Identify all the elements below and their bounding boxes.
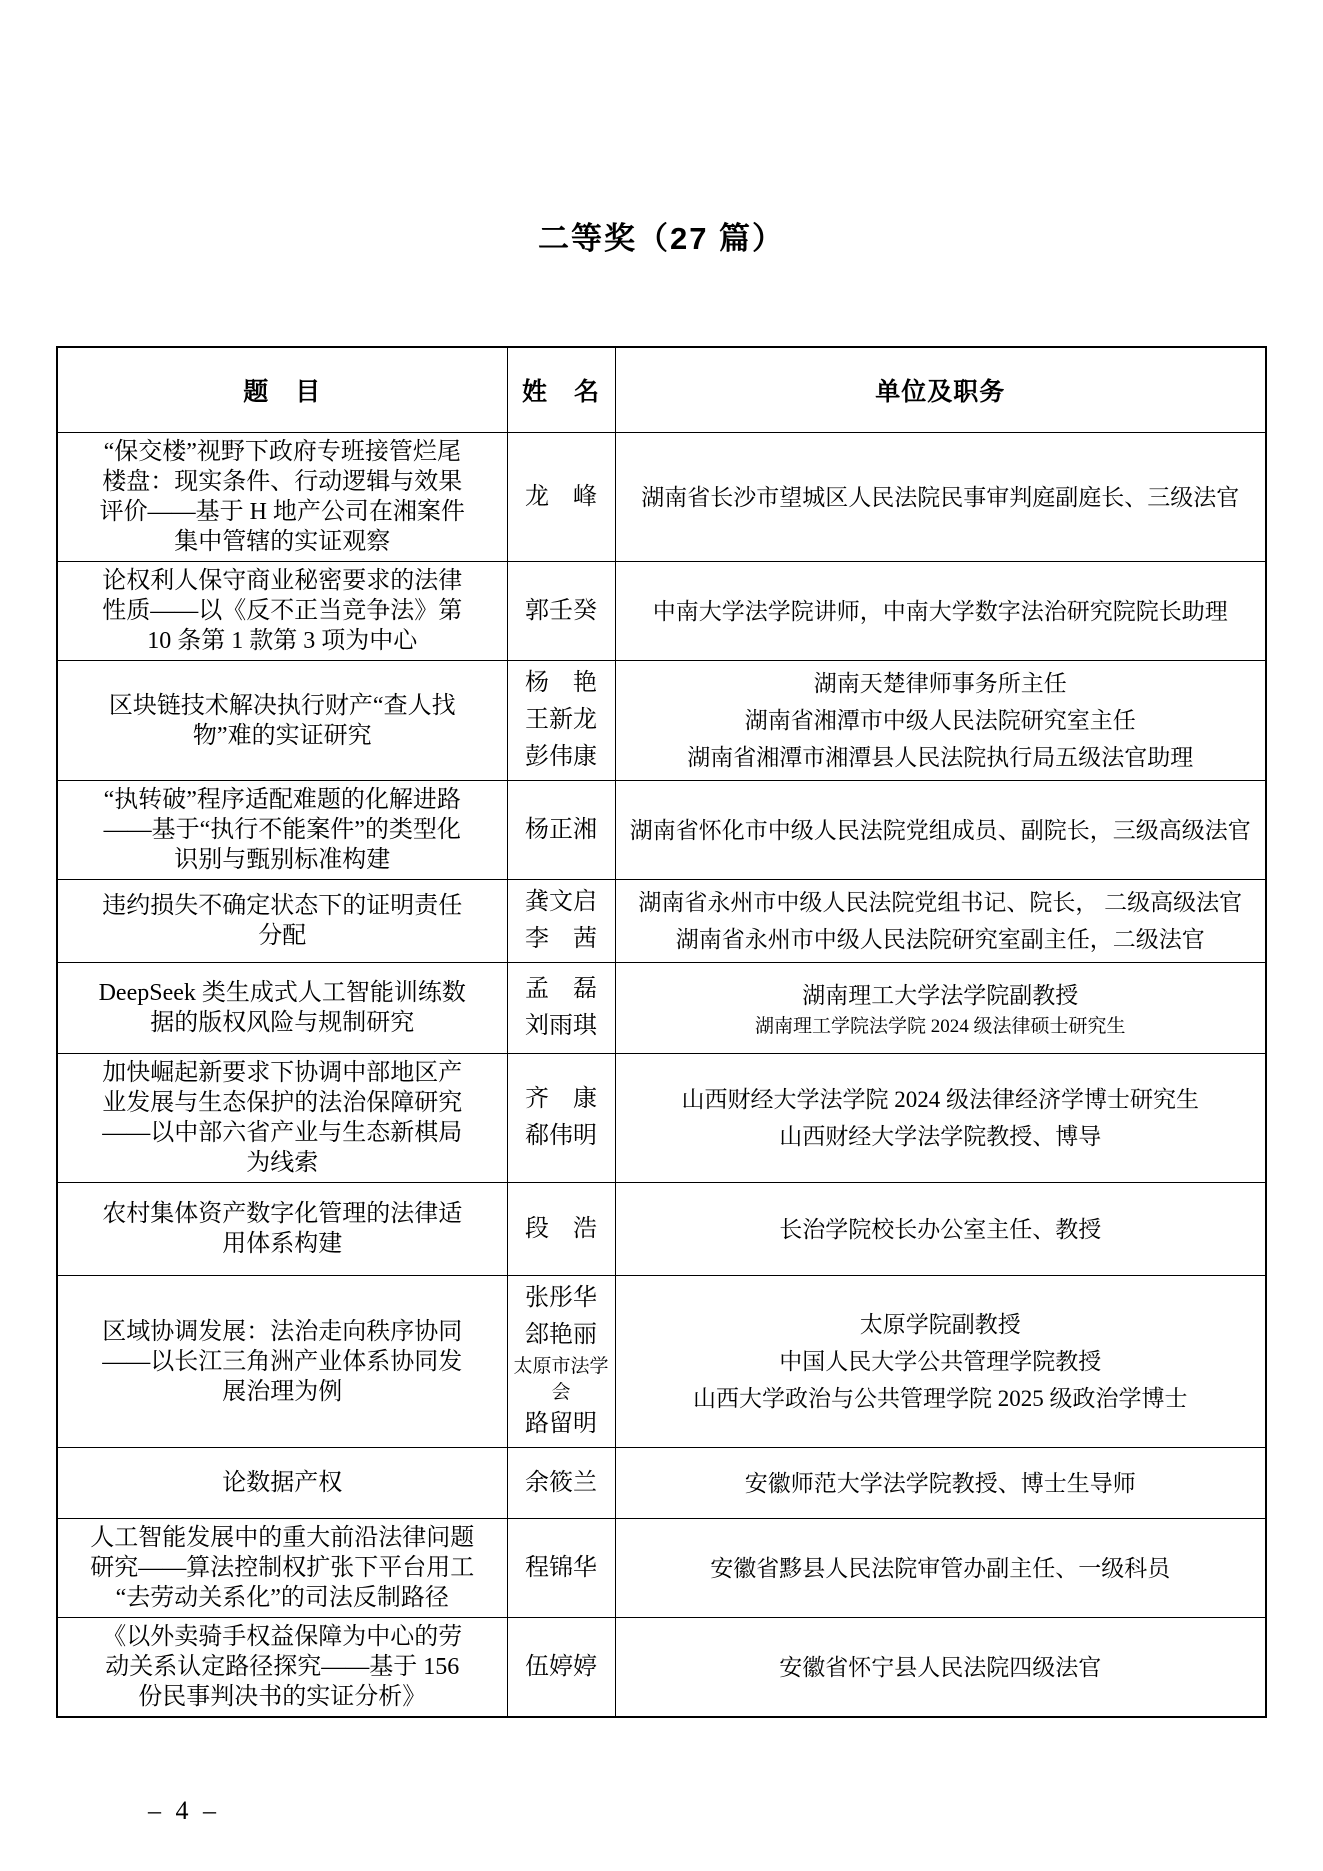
table-header-row: 题 目 姓 名 单位及职务 [57,347,1266,433]
table-row: 人工智能发展中的重大前沿法律问题 研究——算法控制权扩张下平台用工 “去劳动关系… [57,1519,1266,1618]
title-cell: 《以外卖骑手权益保障为中心的劳 动关系认定路径探究——基于 156 份民事判决书… [57,1618,507,1718]
table-row: 加快崛起新要求下协调中部地区产 业发展与生态保护的法治保障研究 ——以中部六省产… [57,1054,1266,1183]
page-title: 二等奖（27 篇） [0,0,1323,258]
table-row: “执转破”程序适配难题的化解进路 ——基于“执行不能案件”的类型化 识别与甄别标… [57,781,1266,880]
name-lines: 张彤华 郐艳丽 [514,1280,609,1354]
title-cell: 论数据产权 [57,1448,507,1519]
table-row: 区域协调发展：法治走向秩序协同 ——以长江三角洲产业体系协同发 展治理为例 张彤… [57,1276,1266,1448]
table-row: 农村集体资产数字化管理的法律适 用体系构建 段 浩 长治学院校长办公室主任、教授 [57,1183,1266,1276]
title-cell: 论权利人保守商业秘密要求的法律 性质——以《反不正当竞争法》第 10 条第 1 … [57,562,507,661]
unit-cell: 湖南省怀化市中级人民法院党组成员、副院长，三级高级法官 [615,781,1266,880]
table-row: 论数据产权 余筱兰 安徽师范大学法学院教授、博士生导师 [57,1448,1266,1519]
name-cell: 郭壬癸 [507,562,615,661]
title-cell: 农村集体资产数字化管理的法律适 用体系构建 [57,1183,507,1276]
unit-cell: 湖南天楚律师事务所主任 湖南省湘潭市中级人民法院研究室主任 湖南省湘潭市湘潭县人… [615,661,1266,781]
header-unit: 单位及职务 [615,347,1266,433]
table-row: DeepSeek 类生成式人工智能训练数 据的版权风险与规制研究 孟 磊 刘雨琪… [57,963,1266,1054]
title-cell: 区域协调发展：法治走向秩序协同 ——以长江三角洲产业体系协同发 展治理为例 [57,1276,507,1448]
unit-line: 湖南理工大学法学院副教授 [622,977,1260,1014]
title-cell: DeepSeek 类生成式人工智能训练数 据的版权风险与规制研究 [57,963,507,1054]
unit-cell: 中南大学法学院讲师，中南大学数字法治研究院院长助理 [615,562,1266,661]
unit-cell: 安徽师范大学法学院教授、博士生导师 [615,1448,1266,1519]
unit-cell: 湖南省长沙市望城区人民法院民事审判庭副庭长、三级法官 [615,433,1266,562]
table-row: “保交楼”视野下政府专班接管烂尾 楼盘：现实条件、行动逻辑与效果 评价——基于 … [57,433,1266,562]
name-cell: 伍婷婷 [507,1618,615,1718]
name-cell: 张彤华 郐艳丽太原市法学会路留明 [507,1276,615,1448]
unit-cell: 安徽省黟县人民法院审管办副主任、一级科员 [615,1519,1266,1618]
title-cell: 加快崛起新要求下协调中部地区产 业发展与生态保护的法治保障研究 ——以中部六省产… [57,1054,507,1183]
unit-cell: 长治学院校长办公室主任、教授 [615,1183,1266,1276]
title-cell: “保交楼”视野下政府专班接管烂尾 楼盘：现实条件、行动逻辑与效果 评价——基于 … [57,433,507,562]
document-page: 二等奖（27 篇） 题 目 姓 名 单位及职务 “保交楼”视野下政府专班接管烂尾… [0,0,1323,1871]
name-cell: 杨 艳 王新龙 彭伟康 [507,661,615,781]
award-table: 题 目 姓 名 单位及职务 “保交楼”视野下政府专班接管烂尾 楼盘：现实条件、行… [56,346,1267,1718]
unit-cell: 湖南理工大学法学院副教授湖南理工学院法学院 2024 级法律硕士研究生 [615,963,1266,1054]
table-row: 违约损失不确定状态下的证明责任 分配 龚文启 李 茜 湖南省永州市中级人民法院党… [57,880,1266,963]
unit-line-small: 湖南理工学院法学院 2024 级法律硕士研究生 [622,1014,1260,1040]
name-cell: 杨正湘 [507,781,615,880]
page-number: – 4 – [148,1796,1323,1826]
title-cell: “执转破”程序适配难题的化解进路 ——基于“执行不能案件”的类型化 识别与甄别标… [57,781,507,880]
name-cell: 孟 磊 刘雨琪 [507,963,615,1054]
title-cell: 违约损失不确定状态下的证明责任 分配 [57,880,507,963]
header-name: 姓 名 [507,347,615,433]
name-cell: 龚文启 李 茜 [507,880,615,963]
unit-cell: 太原学院副教授 中国人民大学公共管理学院教授 山西大学政治与公共管理学院 202… [615,1276,1266,1448]
name-cell: 余筱兰 [507,1448,615,1519]
unit-cell: 湖南省永州市中级人民法院党组书记、院长， 二级高级法官 湖南省永州市中级人民法院… [615,880,1266,963]
name-line-small: 太原市法学会 [514,1354,609,1406]
table-row: 论权利人保守商业秘密要求的法律 性质——以《反不正当竞争法》第 10 条第 1 … [57,562,1266,661]
table-row: 《以外卖骑手权益保障为中心的劳 动关系认定路径探究——基于 156 份民事判决书… [57,1618,1266,1718]
name-cell: 段 浩 [507,1183,615,1276]
table-row: 区块链技术解决执行财产“查人找 物”难的实证研究 杨 艳 王新龙 彭伟康 湖南天… [57,661,1266,781]
unit-cell: 山西财经大学法学院 2024 级法律经济学博士研究生 山西财经大学法学院教授、博… [615,1054,1266,1183]
name-cell: 程锦华 [507,1519,615,1618]
unit-cell: 安徽省怀宁县人民法院四级法官 [615,1618,1266,1718]
name-line: 路留明 [514,1406,609,1443]
title-cell: 区块链技术解决执行财产“查人找 物”难的实证研究 [57,661,507,781]
name-cell: 龙 峰 [507,433,615,562]
title-cell: 人工智能发展中的重大前沿法律问题 研究——算法控制权扩张下平台用工 “去劳动关系… [57,1519,507,1618]
header-title: 题 目 [57,347,507,433]
name-cell: 齐 康 郗伟明 [507,1054,615,1183]
